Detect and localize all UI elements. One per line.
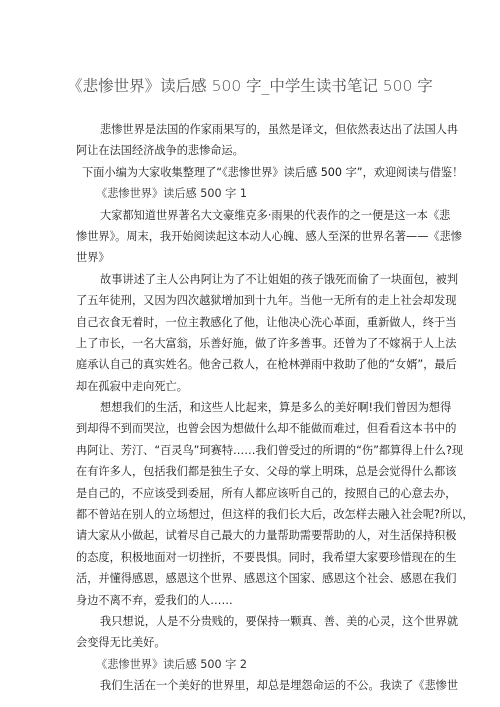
text-line: 都不曾站在别人的立场想过，但这样的我们长大后，改怎样去融入社会呢?所以， [76, 504, 420, 525]
text-line: 却在孤寂中走向死亡。 [76, 376, 420, 397]
text-line: 是自己的，不应该受到委屈，所有人都应该听自己的，按照自己的心意去办， [76, 483, 420, 504]
text-line: 大家都知道世界著名大文豪维克多·雨果的代表作的之一便是这一本《悲 [76, 205, 420, 226]
text-line: 阿让在法国经济战争的悲惨命运。 [76, 140, 420, 161]
text-line: 下面小编为大家收集整理了“《悲惨世界》读后感 500 字”，欢迎阅读与借鉴！ [76, 162, 420, 183]
text-line: 了五年徒刑，又因为四次越狱增加到十九年。当他一无所有的走上社会却发现 [76, 290, 420, 311]
text-line: 我们生活在一个美好的世界里，却总是埋怨命运的不公。我读了《悲惨世 [76, 675, 420, 696]
text-line: 庭承认自己的真实姓名。他舍己救人，在枪林弹雨中救助了他的“女婿”，最后 [76, 354, 420, 375]
text-line: 世界》 [76, 247, 420, 268]
text-line: 惨世界》。周末，我开始阅读起这本动人心魄、感人至深的世界名著——《悲惨 [76, 226, 420, 247]
text-line: 上了市长，一名大富翁，乐善好施，做了许多善事。还曾为了不嫁祸于人上法 [76, 333, 420, 354]
document-body: 悲惨世界是法国的作家雨果写的，虽然是译文，但依然表达出了法国人冉阿让在法国经济战… [76, 119, 420, 697]
text-line: 悲惨世界是法国的作家雨果写的，虽然是译文，但依然表达出了法国人冉 [76, 119, 420, 140]
text-line: 的态度，积极地面对一切挫折，不要畏惧。同时，我希望大家要珍惜现在的生 [76, 547, 420, 568]
text-line: 在有许多人，包括我们都是独生子女、父母的掌上明珠，总是会觉得什么都该 [76, 461, 420, 482]
text-line: 身边不离不弃，爱我们的人…… [76, 590, 420, 611]
text-line: 自己衣食无着时，一位主教感化了他，让他决心洗心革面，重新做人，终于当 [76, 312, 420, 333]
text-line: 活，并懂得感恩，感恩这个世界、感恩这个国家、感恩这个社会、感恩在我们 [76, 568, 420, 589]
text-line: 故事讲述了主人公冉阿让为了不让姐姐的孩子饿死而偷了一块面包，被判 [76, 269, 420, 290]
text-line: 冉阿让、芳汀、“百灵鸟”珂赛特……我们曾受过的所谓的“伤”都算得上什么?现 [76, 440, 420, 461]
text-line: 想想我们的生活，和这些人比起来，算是多么的美好啊!我们曾因为想得 [76, 397, 420, 418]
section-heading: 《悲惨世界》读后感 500 字 2 [76, 654, 420, 675]
text-line: 请大家从小做起，试着尽自己最大的力量帮助需要帮助的人，对生活保持积极 [76, 525, 420, 546]
text-line: 会变得无比美好。 [76, 632, 420, 653]
section-heading: 《悲惨世界》读后感 500 字 1 [76, 183, 420, 204]
text-line: 到却得不到而哭泣，也曾会因为想做什么却不能做而难过，但看看这本书中的 [76, 418, 420, 439]
text-line: 我只想说，人是不分贵贱的，要保持一颗真、善、美的心灵，这个世界就 [76, 611, 420, 632]
document-title: 《悲惨世界》读后感 500 字_中学生读书笔记 500 字 [0, 74, 500, 96]
